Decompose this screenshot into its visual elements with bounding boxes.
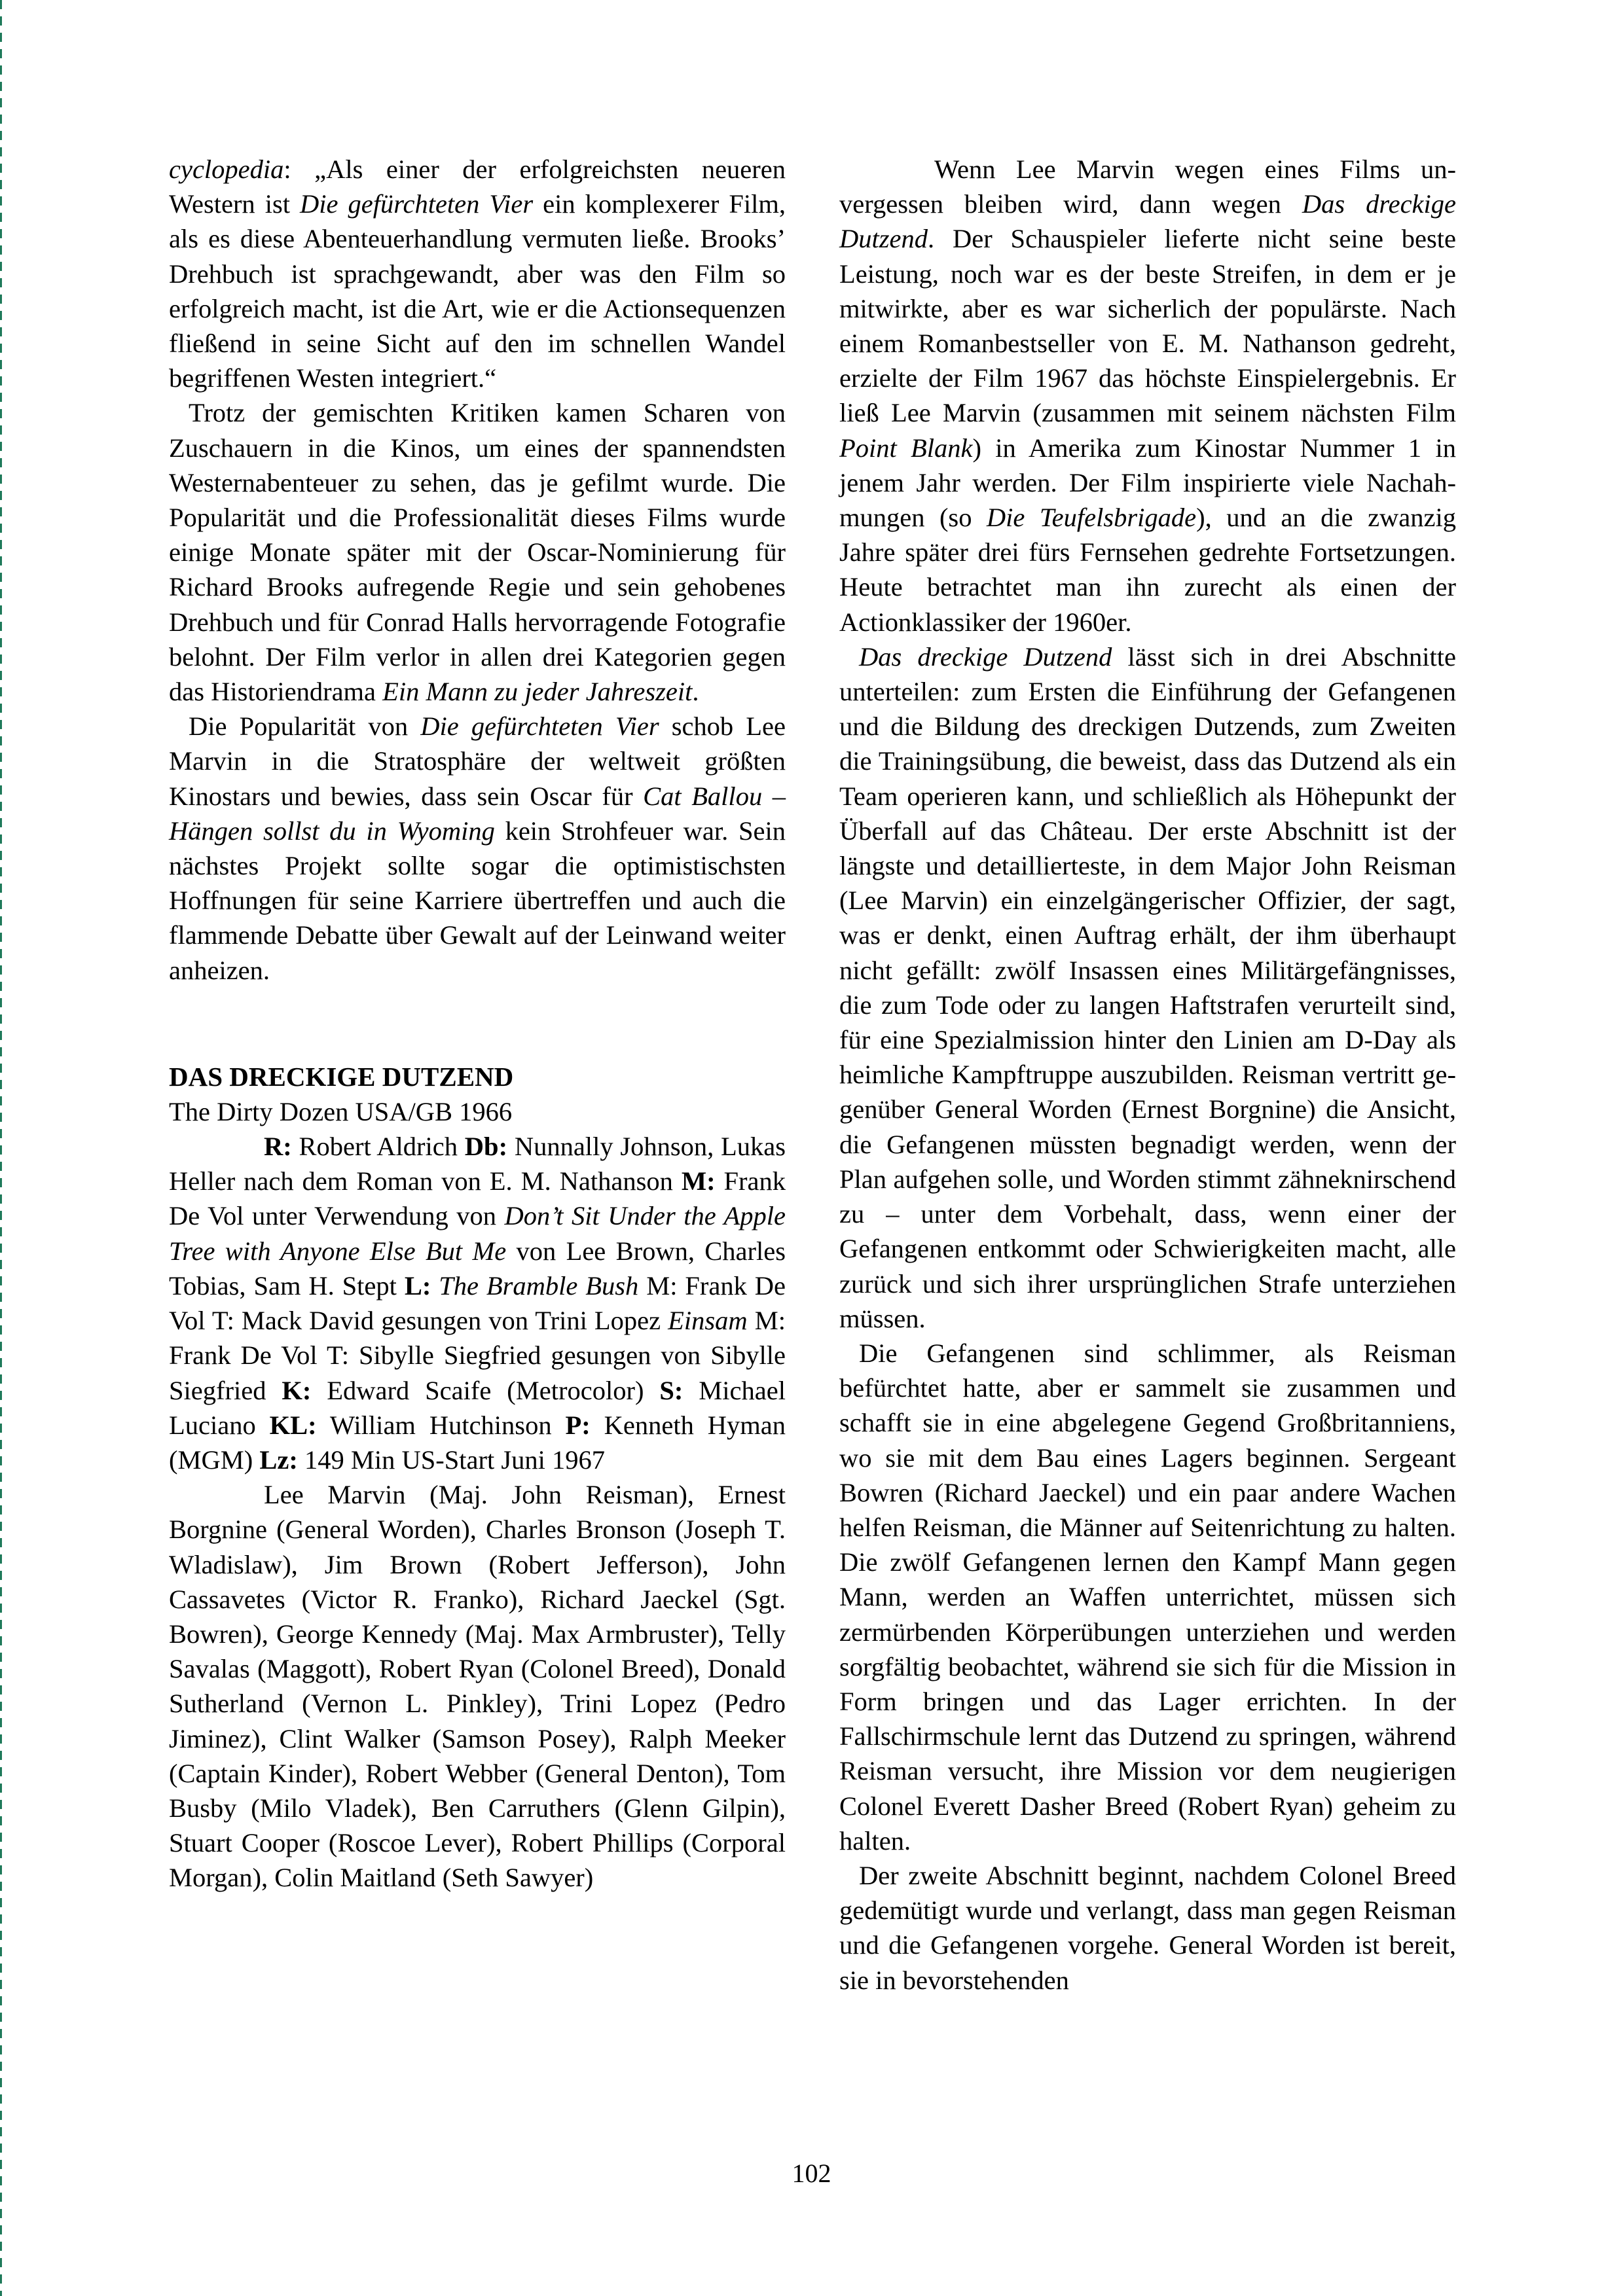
film-title: Die gefürchteten Vier <box>300 189 533 219</box>
paragraph-structure: Das dreckige Dutzend lässt sich in drei … <box>839 639 1456 1336</box>
credit-label-editing: S: <box>659 1376 683 1405</box>
paragraph-popularity: Die Popularität von Die gefürchteten Vie… <box>169 709 786 988</box>
left-column: cyclopedia: „Als einer der erfolgreichst… <box>169 152 786 1895</box>
film-title: Die Teufelsbrigade <box>987 503 1196 532</box>
entry-title: DAS DRECKIGE DUTZEND <box>169 1060 786 1094</box>
paragraph-quote: cyclopedia: „Als einer der erfolgreichst… <box>169 152 786 395</box>
film-title: Das dreckige Dutzend <box>859 642 1112 672</box>
entry-cast: Lee Marvin (Maj. John Reisman), Ernest B… <box>169 1477 786 1895</box>
credit-label-runtime: Lz: <box>259 1445 297 1475</box>
song-title: Ein­sam <box>668 1306 748 1335</box>
page-edge-dashed-line <box>0 0 2 2296</box>
credit-label-art-direction: KL: <box>270 1410 317 1440</box>
credit-label-music: M: <box>682 1166 716 1196</box>
credit-label-producer: P: <box>566 1410 591 1440</box>
paragraph-second-section: Der zweite Abschnitt beginnt, nachdem Co… <box>839 1858 1456 1998</box>
film-title: Point Blank <box>839 433 973 463</box>
entry-subtitle: The Dirty Dozen USA/GB 1966 <box>169 1094 786 1129</box>
entry-credits: R: Robert Aldrich Db: Nunnally John­son,… <box>169 1129 786 1477</box>
film-title: Ein Mann zu jeder Jah­reszeit <box>382 677 692 706</box>
credit-label-director: R: <box>264 1132 292 1161</box>
page-number: 102 <box>0 2158 1623 2189</box>
credit-label-screenplay: Db: <box>465 1132 507 1161</box>
credit-label-camera: K: <box>282 1376 311 1405</box>
credit-label-song: L: <box>405 1271 431 1300</box>
paragraph-reception: Trotz der gemischten Kritiken kamen Scha… <box>169 395 786 709</box>
paragraph-training: Die Gefangenen sind schlimmer, als Reism… <box>839 1336 1456 1858</box>
italic-text: cyclopedia <box>169 154 283 184</box>
film-title: Die gefürchteten Vier <box>420 711 659 741</box>
paragraph-intro: Wenn Lee Marvin wegen eines Films un­ver… <box>839 152 1456 639</box>
song-title: The Bramble Bush <box>431 1271 638 1300</box>
right-column: Wenn Lee Marvin wegen eines Films un­ver… <box>839 152 1456 1998</box>
